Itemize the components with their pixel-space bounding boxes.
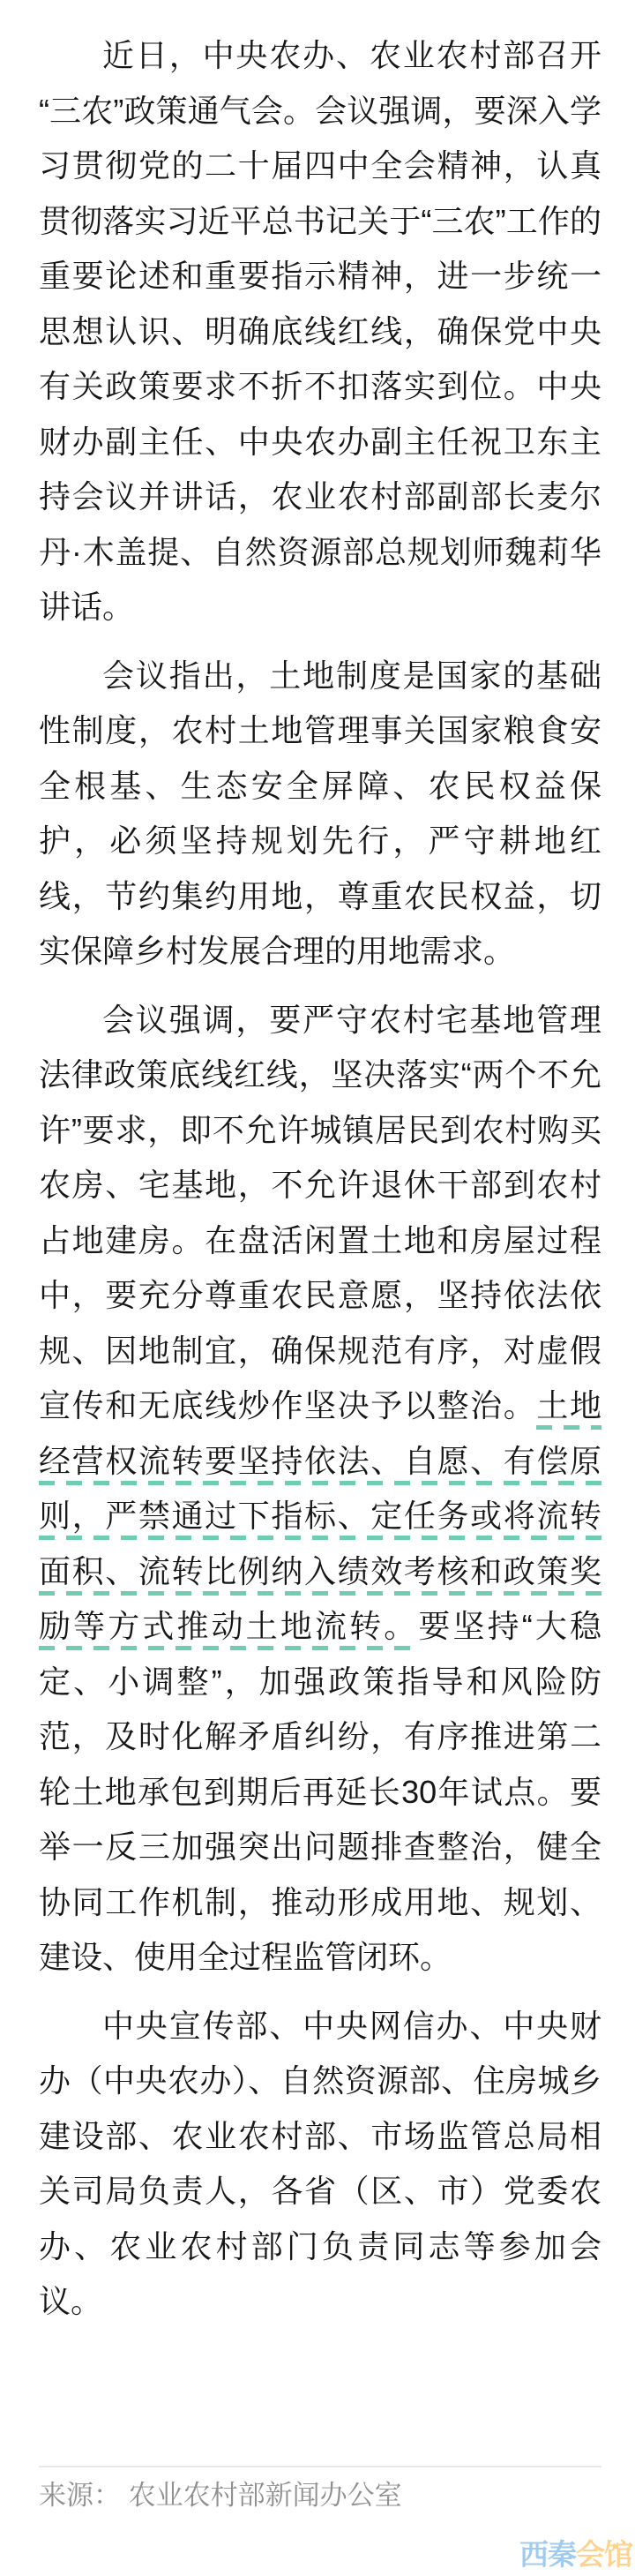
paragraph-text: 会议指出，土地制度是国家的基础性制度，农村土地管理事关国家粮食安全根基、生态安全… xyxy=(39,657,601,970)
paragraph-text-before-highlight: 会议强调，要严守农村宅基地管理法律政策底线红线，坚决落实“两个不允许”要求，即不… xyxy=(39,1002,601,1424)
paragraph-attendees: 中央宣传部、中央网信办、中央财办（中央农办）、自然资源部、住房城乡建设部、农业农… xyxy=(39,1999,601,2330)
source-label: 来源： 农业农村部新闻办公室 xyxy=(39,2480,402,2511)
source-row: 来源： 农业农村部新闻办公室 xyxy=(39,2476,601,2515)
watermark-logo-part2: 会馆 xyxy=(576,2538,632,2571)
paragraph-meeting-intro: 近日，中央农办、农业农村部召开“三农”政策通气会。会议强调，要深入学习贯彻党的二… xyxy=(39,28,601,635)
paragraph-text: 中央宣传部、中央网信办、中央财办（中央农办）、自然资源部、住房城乡建设部、农业农… xyxy=(39,2008,601,2320)
article-page: 近日，中央农办、农业农村部召开“三农”政策通气会。会议强调，要深入学习贯彻党的二… xyxy=(0,0,635,2576)
footer-divider xyxy=(39,2466,601,2467)
watermark-logo: 西秦会馆 xyxy=(519,2538,632,2572)
paragraph-land-system: 会议指出，土地制度是国家的基础性制度，农村土地管理事关国家粮食安全根基、生态安全… xyxy=(39,649,601,980)
watermark-logo-part1: 西秦 xyxy=(519,2538,576,2571)
paragraph-homestead-policy: 会议强调，要严守农村宅基地管理法律政策底线红线，坚决落实“两个不允许”要求，即不… xyxy=(39,993,601,1986)
paragraph-text: 近日，中央农办、农业农村部召开“三农”政策通气会。会议强调，要深入学习贯彻党的二… xyxy=(39,37,601,625)
article-body: 近日，中央农办、农业农村部召开“三农”政策通气会。会议强调，要深入学习贯彻党的二… xyxy=(0,0,635,2515)
paragraph-text-after-highlight: 要坚持“大稳定、小调整”，加强政策指导和风险防范，及时化解矛盾纠纷，有序推进第二… xyxy=(39,1608,601,1975)
